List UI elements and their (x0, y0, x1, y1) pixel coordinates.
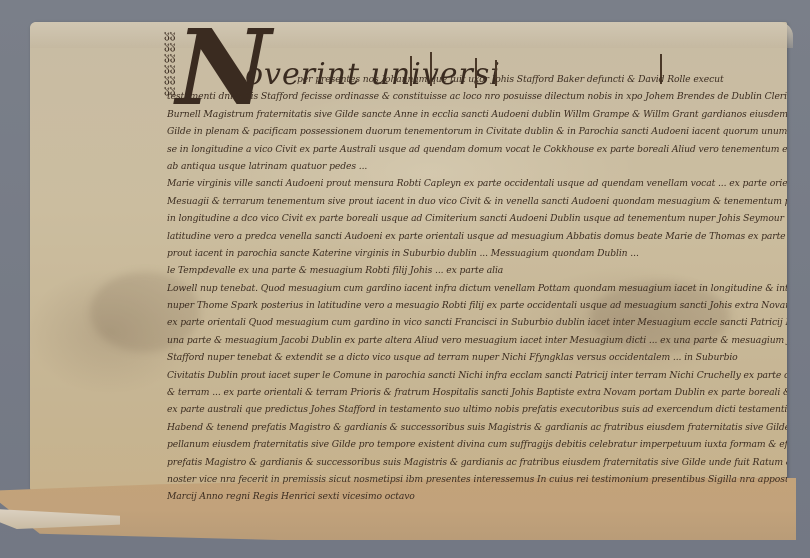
text-line: ab antiqua usque latrinam quatuor pedes … (167, 158, 787, 175)
text-line: testamenti dni Johis Stafford fecisse or… (167, 88, 787, 105)
text-line: prout iacent in parochia sancte Katerine… (167, 245, 787, 262)
text-line: Stafford nuper tenebat & extendit se a d… (167, 349, 787, 366)
text-line: Marcij Anno regni Regis Henrici sexti vi… (167, 488, 787, 505)
text-line: Habend & tenend prefatis Magistro & gard… (167, 419, 787, 436)
text-line: & terram ... ex parte orientali & terram… (167, 384, 787, 401)
deed-text: per presentes nos Johannam que fuit uxor… (167, 71, 787, 506)
text-line: per presentes nos Johannam que fuit uxor… (167, 71, 787, 88)
text-line: in longitudine a dco vico Civit ex parte… (167, 210, 787, 227)
text-line: Civitatis Dublin prout iacet super le Co… (167, 367, 787, 384)
text-line: Marie virginis ville sancti Audoeni prou… (167, 175, 787, 192)
text-line: se in longitudine a vico Civit ex parte … (167, 141, 787, 158)
text-line: ex parte orientali Quod mesuagium cum ga… (167, 314, 787, 331)
text-line: prefatis Magistro & gardianis & successo… (167, 454, 787, 471)
top-curl (30, 22, 793, 48)
text-line: latitudine vero a predca venella sancti … (167, 228, 787, 245)
text-line: Gilde in plenam & pacificam possessionem… (167, 123, 787, 140)
text-line: noster vice nra fecerit in premissis sic… (167, 471, 787, 488)
text-line: una parte & mesuagium Jacobi Dublin ex p… (167, 332, 787, 349)
text-line: le Tempdevalle ex una parte & mesuagium … (167, 262, 787, 279)
text-line: Burnell Magistrum fraternitatis sive Gil… (167, 106, 787, 123)
text-line: Lowell nup tenebat. Quod mesuagium cum g… (167, 280, 787, 297)
text-line: pellanum eiusdem fraternitatis sive Gild… (167, 436, 787, 453)
text-line: Mesuagii & terrarum tenementum sive prou… (167, 193, 787, 210)
text-line: ex parte australi que predictus Johes St… (167, 401, 787, 418)
text-line: nuper Thome Spark posterius in latitudin… (167, 297, 787, 314)
